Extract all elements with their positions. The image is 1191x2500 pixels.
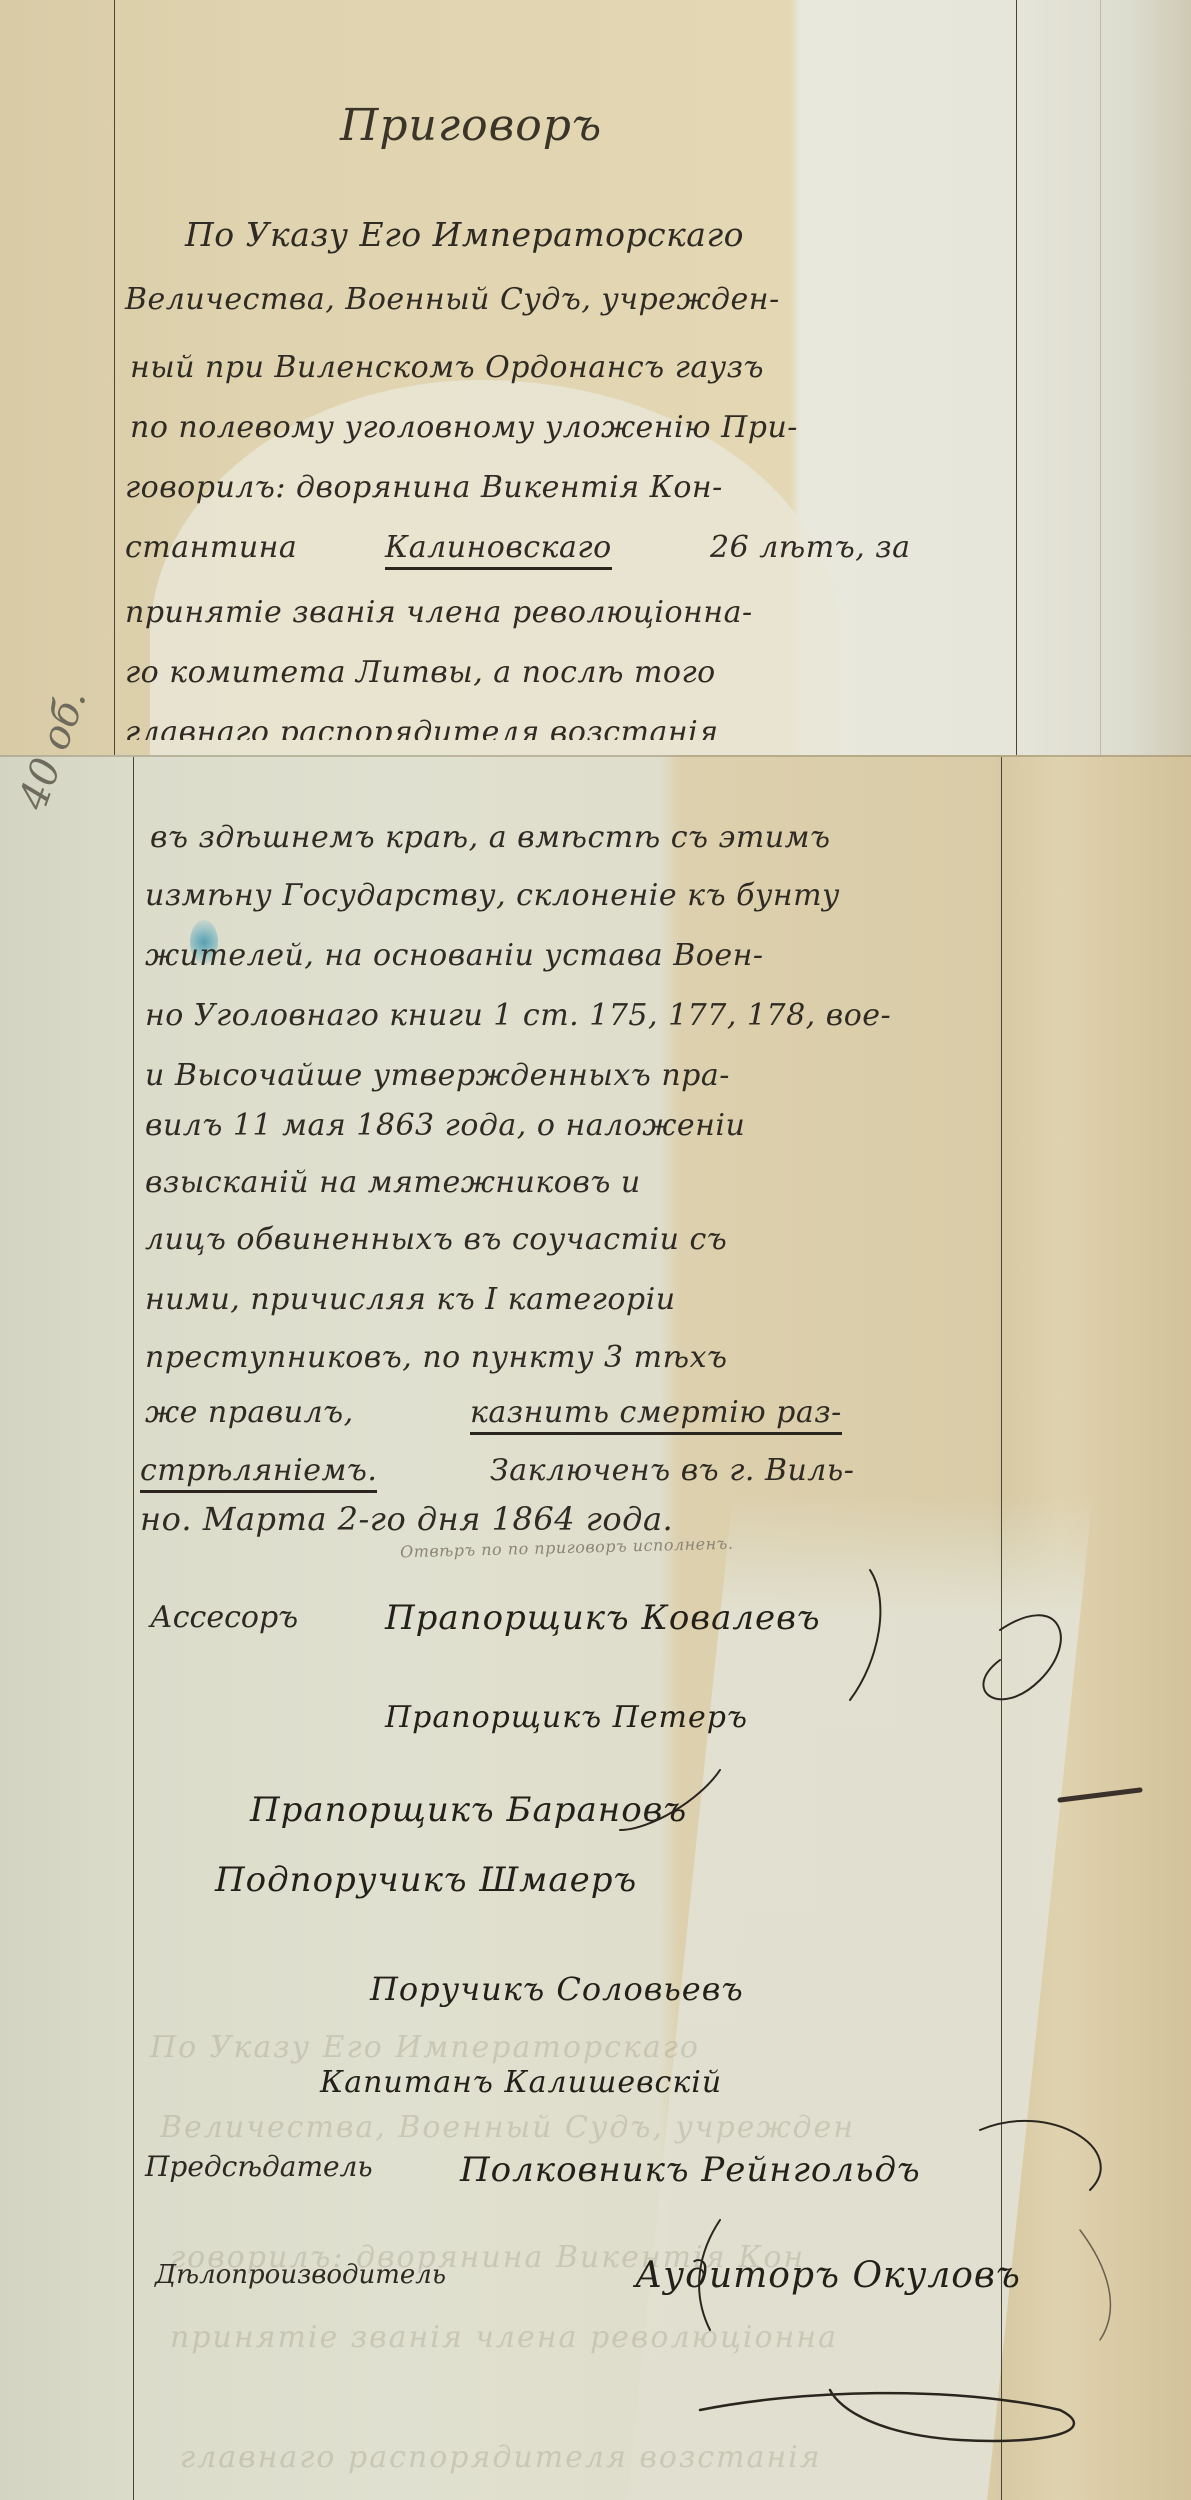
bleed-through-text: главнаго распорядителя возстанія — [180, 2440, 822, 2475]
signature-okulov: Аудиторъ Окуловъ — [635, 2255, 1021, 2296]
text-line: и Высочайше утвержденныхъ пра- — [145, 1058, 730, 1093]
photo-seam — [0, 755, 1191, 757]
text-line: По Указу Его Императорскаго — [185, 215, 744, 254]
text-line: ный при Виленскомъ Ордонансъ гаузъ — [130, 350, 764, 385]
right-margin-rule-top — [1016, 0, 1017, 755]
text-line: преступниковъ, по пункту 3 тѣхъ — [145, 1340, 728, 1375]
text-line: но Уголовнаго книги 1 ст. 175, 177, 178,… — [145, 998, 891, 1033]
signature-reingold: Полковникъ Рейнгольдъ — [460, 2150, 921, 2190]
text-line: 26 лѣтъ, за — [710, 530, 911, 565]
signature-baranov: Прапорщикъ Барановъ — [250, 1790, 687, 1830]
text-line: ними, причисляя къ I категоріи — [145, 1282, 676, 1317]
text-line: говорилъ: дворянина Викентія Кон- — [125, 470, 723, 505]
text-line: вилъ 11 мая 1863 года, о наложеніи — [145, 1108, 745, 1143]
convict-surname: Калиновскаго — [385, 530, 612, 570]
sentence-phrase: казнить смертію раз- — [470, 1395, 842, 1435]
signature-role-clerk: Дѣлопроизводитель — [155, 2260, 446, 2290]
edge-rule-top — [1100, 0, 1101, 755]
text-line: жителей, на основаніи устава Воен- — [145, 938, 763, 973]
left-margin-rule-bottom — [133, 757, 134, 2500]
signature-kalishevsky: Капитанъ Калишевскій — [320, 2065, 722, 2100]
signature-shmaer: Подпоручикъ Шмаеръ — [215, 1860, 637, 1900]
text-line: лицъ обвиненныхъ въ соучастіи съ — [145, 1222, 727, 1257]
sentence-phrase-cont: стрѣляніемъ. — [140, 1453, 377, 1493]
text-line: измѣну Государству, склоненіе къ бунту — [145, 878, 840, 913]
signature-kovalev: Прапорщикъ Ковалевъ — [385, 1598, 821, 1638]
left-margin-rule-top — [114, 0, 115, 755]
signature-solovyev: Поручикъ Соловьевъ — [370, 1970, 744, 2008]
date-line: но. Марта 2-го дня 1864 года. — [140, 1500, 673, 1538]
text-line: въ здѣшнемъ краѣ, а вмѣстѣ съ этимъ — [150, 820, 830, 855]
bleed-through-text: Величества, Военный Судъ, учрежден — [160, 2110, 855, 2145]
text-line: же правилъ, — [145, 1395, 354, 1430]
signature-peter: Прапорщикъ Петеръ — [385, 1700, 748, 1735]
right-margin-rule-bottom — [1001, 757, 1002, 2500]
bleed-through-text: принятіе званія члена революціонна — [170, 2320, 838, 2355]
signature-role-assessor: Ассесоръ — [150, 1600, 298, 1635]
signature-role-chairman: Предсѣдатель — [145, 2150, 373, 2183]
bleed-through-text: По Указу Его Императорскаго — [150, 2030, 700, 2065]
text-line: го комитета Литвы, а послѣ того — [125, 655, 716, 690]
text-line: Величества, Военный Судъ, учрежден- — [125, 282, 780, 317]
text-line: взысканій на мятежниковъ и — [145, 1165, 641, 1200]
document-title: Приговоръ — [340, 100, 602, 151]
text-line: Заключенъ въ г. Виль- — [490, 1453, 854, 1488]
text-line: стантина — [125, 530, 297, 565]
text-line: принятіе званія члена революціонна- — [125, 595, 753, 630]
text-line: по полевому уголовному уложенію При- — [130, 410, 798, 445]
